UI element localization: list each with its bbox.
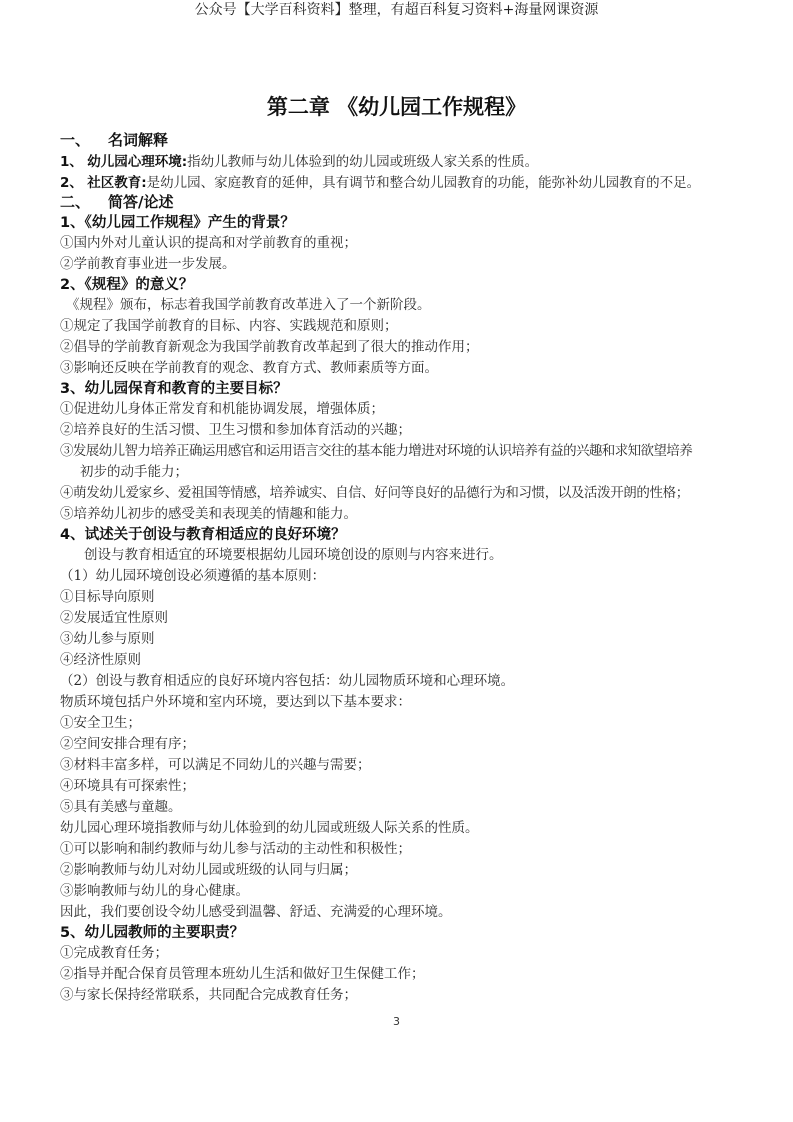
question-heading: 4、试述关于创设与教育相适应的良好环境？ (60, 525, 750, 545)
answer-item: ①完成教育任务； (60, 943, 750, 964)
answer-continuation: 初步的动手能力； (60, 462, 750, 483)
effect-item: ③影响教师与幼儿的身心健康。 (60, 881, 750, 902)
principle-item: ②发展适宜性原则 (60, 608, 750, 629)
answer-item: ①规定了我国学前教育的目标、内容、实践规范和原则； (60, 316, 750, 337)
term-number: 1、 (60, 154, 83, 170)
answer-item: ①促进幼儿身体正常发育和机能协调发展，增强体质； (60, 399, 750, 420)
requirement-item: ③材料丰富多样，可以满足不同幼儿的兴趣与需要； (60, 755, 750, 776)
answer-intro: 创设与教育相适宜的环境要根据幼儿园环境创设的原则与内容来进行。 (60, 545, 750, 566)
section-number: 一、 (60, 130, 108, 150)
term-definition: 是幼儿园、家庭教育的延伸，具有调节和整合幼儿园教育的功能，能弥补幼儿园教育的不足… (147, 175, 701, 191)
answer-item: ②倡导的学前教育新观念为我国学前教育改革起到了很大的推动作用； (60, 337, 750, 358)
requirement-item: ①安全卫生； (60, 713, 750, 734)
answer-item: ①国内外对儿童认识的提高和对学前教育的重视； (60, 233, 750, 254)
requirement-item: ④环境具有可探索性； (60, 776, 750, 797)
answer-item: ③发展幼儿智力培养正确运用感官和运用语言交往的基本能力增进对环境的认识培养有益的… (60, 441, 750, 462)
answer-item: ④萌发幼儿爱家乡、爱祖国等情感，培养诚实、自信、好问等良好的品德行为和习惯，以及… (60, 483, 750, 504)
principle-item: ④经济性原则 (60, 650, 750, 671)
section-label: 简答/论述 (108, 193, 173, 211)
answer-intro: 《规程》颁布，标志着我国学前教育改革进入了一个新阶段。 (60, 295, 750, 316)
principle-item: ③幼儿参与原则 (60, 629, 750, 650)
section-heading-qa: 二、简答/论述 (60, 192, 750, 212)
term-name: 幼儿园心理环境: (87, 154, 187, 170)
section-heading-terms: 一、名词解释 (60, 130, 750, 150)
question-heading: 5、幼儿园教师的主要职责？ (60, 923, 750, 943)
page-title: 第二章 《幼儿园工作规程》 (0, 92, 793, 122)
page-number: 3 (0, 1015, 793, 1028)
requirement-item: ⑤具有美感与童趣。 (60, 797, 750, 818)
answer-item: ②培养良好的生活习惯、卫生习惯和参加体育活动的兴趣； (60, 420, 750, 441)
paragraph: 幼儿园心理环境指教师与幼儿体验到的幼儿园或班级人际关系的性质。 (60, 818, 750, 839)
term-name: 社区教育: (87, 175, 146, 191)
subsection-label: （1）幼儿园环境创设必须遵循的基本原则： (60, 566, 750, 587)
question-heading: 2、《规程》的意义？ (60, 275, 750, 295)
watermark-header: 公众号【大学百科资料】整理，有超百科复习资料+海量网课资源 (0, 0, 793, 20)
document-body: 一、名词解释 1、 幼儿园心理环境:指幼儿教师与幼儿体验到的幼儿园或班级人家关系… (60, 130, 750, 1006)
answer-item: ②指导并配合保育员管理本班幼儿生活和做好卫生保健工作； (60, 964, 750, 985)
requirement-item: ②空间安排合理有序； (60, 734, 750, 755)
answer-item: ③影响还反映在学前教育的观念、教育方式、教师素质等方面。 (60, 358, 750, 379)
term-number: 2、 (60, 175, 83, 191)
paragraph: 物质环境包括户外环境和室内环境，要达到以下基本要求： (60, 692, 750, 713)
answer-item: ②学前教育事业进一步发展。 (60, 254, 750, 275)
effect-item: ①可以影响和制约教师与幼儿参与活动的主动性和积极性； (60, 839, 750, 860)
term-definition: 指幼儿教师与幼儿体验到的幼儿园或班级人家关系的性质。 (187, 154, 538, 170)
answer-item: ③与家长保持经常联系，共同配合完成教育任务； (60, 985, 750, 1006)
paragraph: 因此，我们要创设令幼儿感受到温馨、舒适、充满爱的心理环境。 (60, 902, 750, 923)
principle-item: ①目标导向原则 (60, 587, 750, 608)
section-label: 名词解释 (108, 131, 168, 149)
question-heading: 1、《幼儿园工作规程》产生的背景？ (60, 213, 750, 233)
effect-item: ②影响教师与幼儿对幼儿园或班级的认同与归属； (60, 860, 750, 881)
question-heading: 3、幼儿园保育和教育的主要目标？ (60, 379, 750, 399)
section-number: 二、 (60, 192, 108, 212)
term-item: 2、 社区教育:是幼儿园、家庭教育的延伸，具有调节和整合幼儿园教育的功能，能弥补… (60, 173, 750, 194)
subsection-label: （2）创设与教育相适应的良好环境内容包括：幼儿园物质环境和心理环境。 (60, 671, 750, 692)
answer-item: ⑤培养幼儿初步的感受美和表现美的情趣和能力。 (60, 504, 750, 525)
term-item: 1、 幼儿园心理环境:指幼儿教师与幼儿体验到的幼儿园或班级人家关系的性质。 (60, 152, 750, 173)
